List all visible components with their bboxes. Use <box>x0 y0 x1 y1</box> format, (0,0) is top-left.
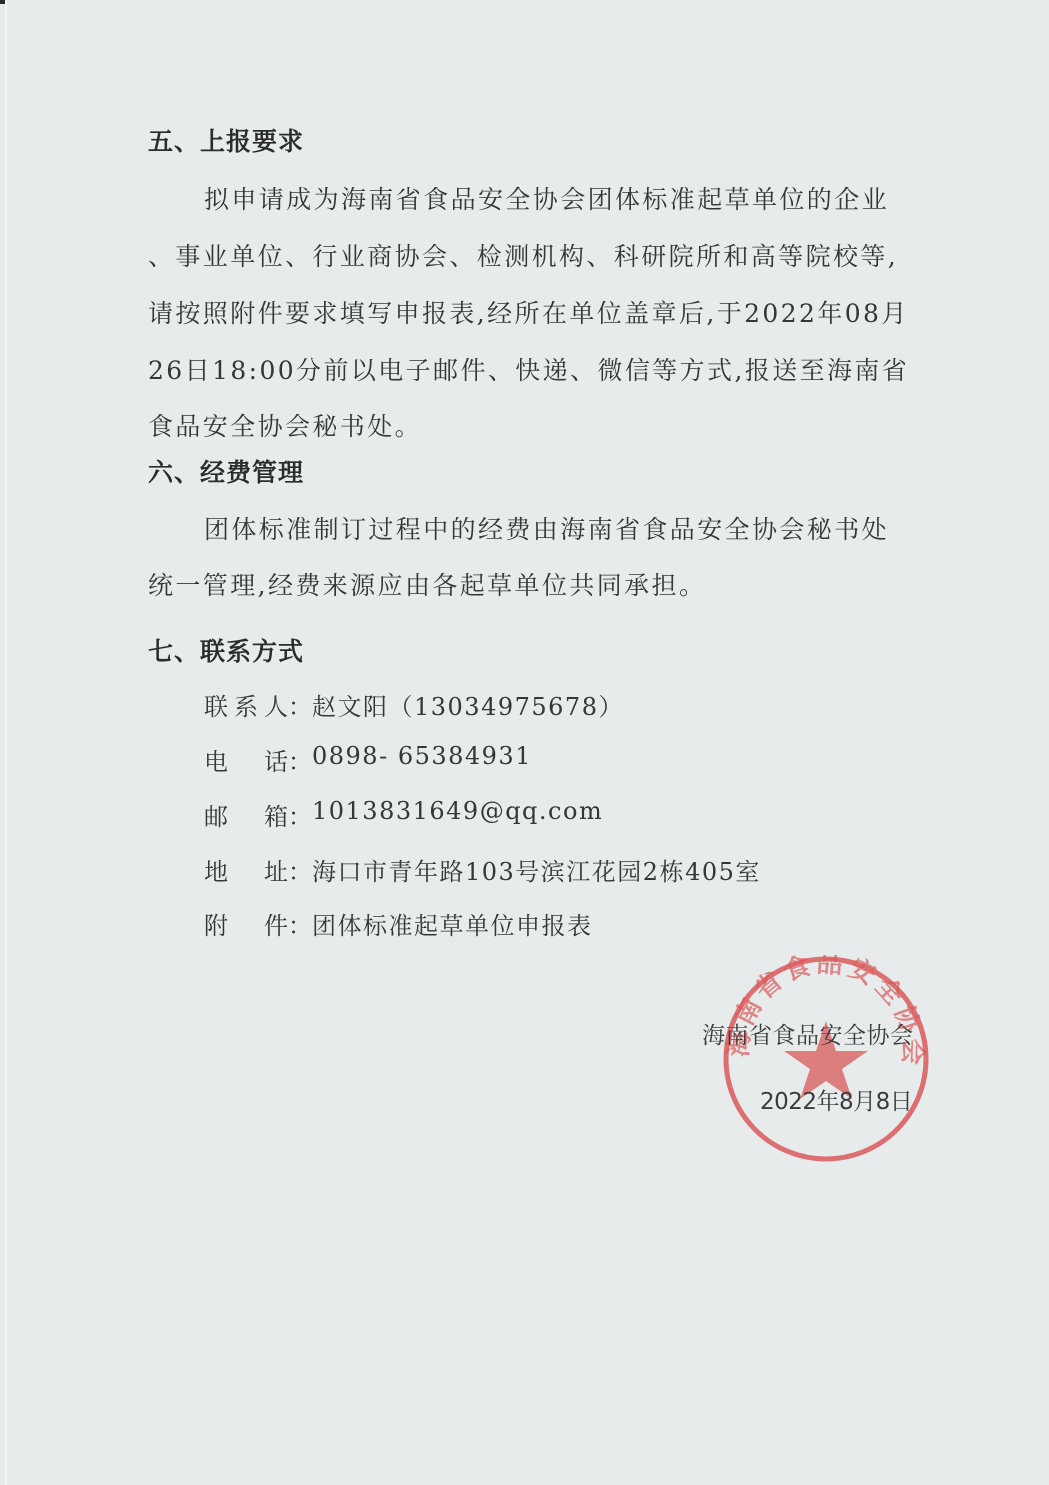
contact-address-value: 海口市青年路103号滨江花园2栋405室 <box>312 852 761 887</box>
paragraph-line: 、事业单位、行业商协会、检测机构、科研院所和高等院校等, <box>148 237 898 273</box>
signature-date: 2022年8月8日 <box>760 1083 912 1116</box>
paragraph-line: 26日18:00分前以电子邮件、快递、微信等方式,报送至海南省 <box>148 351 909 387</box>
section-heading-contact: 七、联系方式 <box>148 632 304 668</box>
contact-phone-row: 电话 ： 0898- 65384931 <box>204 742 532 777</box>
paragraph-line: 统一管理,经费来源应由各起草单位共同承担。 <box>148 566 706 602</box>
colon: ： <box>288 852 312 887</box>
signature-organization: 海南省食品安全协会 <box>702 1017 914 1050</box>
contact-attachment-row: 附件 ： 团体标准起草单位申报表 <box>204 906 593 941</box>
contact-label: 邮箱 <box>204 797 288 832</box>
contact-address-row: 地址 ： 海口市青年路103号滨江花园2栋405室 <box>204 852 761 887</box>
contact-person-row: 联系人 ： 赵文阳（13034975678） <box>204 687 624 722</box>
contact-email-row: 邮箱 ： 1013831649@qq.com <box>204 797 603 832</box>
contact-phone-value: 0898- 65384931 <box>312 742 532 777</box>
colon: ： <box>288 797 312 832</box>
paragraph-line: 食品安全协会秘书处。 <box>148 407 422 443</box>
paragraph-line: 请按照附件要求填写申报表,经所在单位盖章后,于2022年08月 <box>148 294 909 330</box>
official-seal-stamp: 海南省食品安全协会 <box>722 955 930 1163</box>
section-heading-funding: 六、经费管理 <box>148 453 304 489</box>
contact-person-value: 赵文阳（13034975678） <box>312 687 624 722</box>
contact-email-value: 1013831649@qq.com <box>312 797 603 832</box>
colon: ： <box>288 687 312 722</box>
section-heading-reporting: 五、上报要求 <box>148 122 304 158</box>
contact-attachment-value: 团体标准起草单位申报表 <box>312 906 593 941</box>
contact-label: 电话 <box>204 742 288 777</box>
contact-label: 附件 <box>204 906 288 941</box>
scan-page-edge <box>5 0 7 1485</box>
contact-label: 地址 <box>204 852 288 887</box>
paragraph-line: 团体标准制订过程中的经费由海南省食品安全协会秘书处 <box>204 510 889 546</box>
colon: ： <box>288 742 312 777</box>
colon: ： <box>288 906 312 941</box>
contact-label: 联系人 <box>204 687 288 722</box>
paragraph-line: 拟申请成为海南省食品安全协会团体标准起草单位的企业 <box>204 180 889 216</box>
